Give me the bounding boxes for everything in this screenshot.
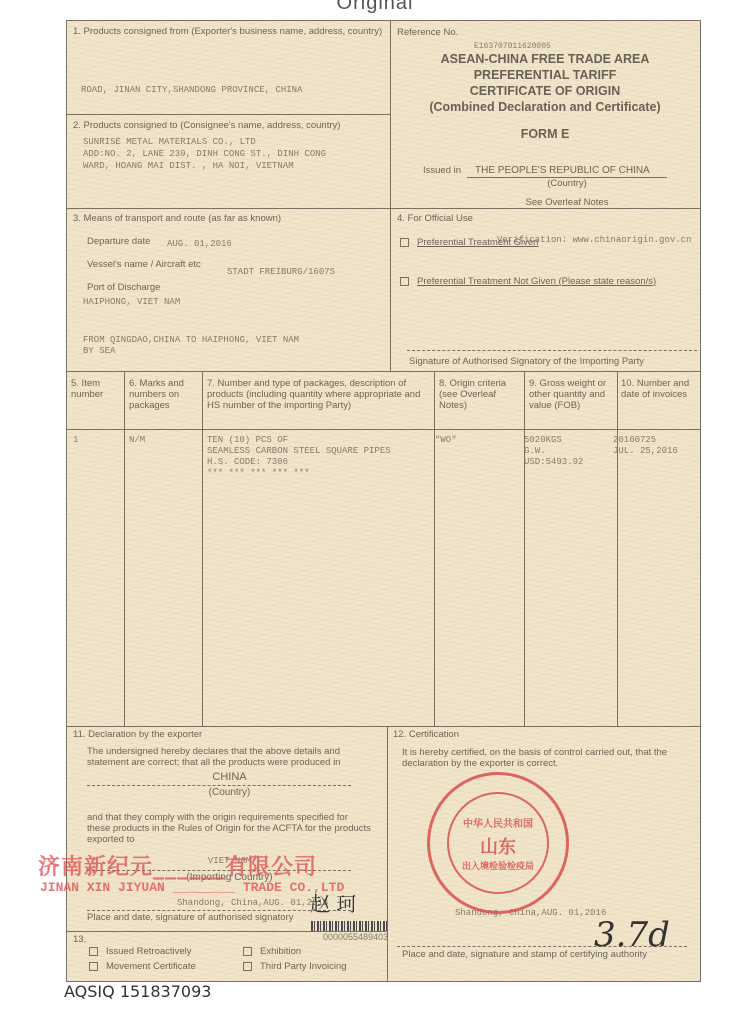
row-origin-criteria: "WO" (435, 435, 457, 446)
official-stamp: 中华人民共和国 山东 出入境检验检疫局 (427, 772, 569, 914)
consignee-line2: ADD:NO. 2, LANE 239, DINH CONG ST., DINH… (83, 149, 326, 160)
country-caption: (Country) (87, 787, 372, 798)
country-dashline (87, 785, 351, 786)
divider (67, 114, 390, 115)
checkbox-exhibition[interactable] (243, 947, 252, 956)
declaration-text1: The undersigned hereby declares that the… (87, 746, 372, 768)
row-weight-line1: 5020KGS (524, 435, 562, 446)
route-line2: BY SEA (83, 346, 115, 357)
reference-label: Reference No. (397, 27, 458, 38)
overleaf-notes: See Overleaf Notes (467, 197, 667, 208)
exporter-address: ROAD, JINAN CITY,SHANDONG PROVINCE, CHIN… (81, 85, 302, 96)
original-label: Original (0, 0, 750, 15)
departure-date: AUG. 01,2016 (167, 239, 232, 250)
row-invoice-line1: 20160725 (613, 435, 656, 446)
divider (124, 371, 125, 726)
issued-in-country: THE PEOPLE'S REPUBLIC OF CHINA (475, 165, 650, 176)
vessel-name: STADT FREIBURG/1607S (227, 267, 335, 278)
company-chop-cn: 济南新纪元______有限公司 (38, 850, 317, 881)
divider (67, 726, 700, 727)
row-marks: N/M (129, 435, 145, 446)
exhibition-label: Exhibition (260, 946, 301, 957)
divider (434, 371, 435, 726)
stamp-top-cn: 中华人民共和国 (430, 815, 566, 830)
option-exhibition[interactable]: Exhibition (243, 946, 301, 957)
movement-label: Movement Certificate (106, 961, 196, 972)
certification-text: It is hereby certified, on the basis of … (402, 747, 692, 769)
route-line1: FROM QINGDAO,CHINA TO HAIPHONG, VIET NAM (83, 335, 299, 346)
row-weight-line2: G.W. (524, 446, 546, 457)
divider (67, 371, 700, 372)
row-desc-line3: H.S. CODE: 7306 (207, 457, 288, 468)
departure-label: Departure date (87, 236, 150, 247)
box11-label: 11. Declaration by the exporter (73, 729, 202, 740)
row-weight-line3: USD:5493.92 (524, 457, 583, 468)
exporter-signatory-caption: Place and date, signature of authorised … (87, 912, 294, 923)
col-marks: 6. Marks and numbers on packages (129, 378, 199, 411)
barcode-number: 0000055489403 (323, 932, 388, 943)
option-preferential-not-given[interactable]: Preferential Treatment Not Given (Please… (400, 276, 656, 287)
header-line2: PREFERENTIAL TARIFF (390, 67, 700, 83)
consignee-line1: SUNRISE METAL MATERIALS CO., LTD (83, 137, 256, 148)
box4-label: 4. For Official Use (397, 213, 473, 224)
exporter-place-date: Shandong, China,AUG. 01,2016 (177, 898, 328, 909)
header-line3: CERTIFICATE OF ORIGIN (390, 83, 700, 99)
option-third-party-invoicing[interactable]: Third Party Invoicing (243, 961, 347, 972)
certificate-sheet: 1. Products consigned from (Exporter's b… (66, 20, 701, 982)
checkbox-given[interactable] (400, 238, 409, 247)
divider (67, 208, 700, 209)
divider (524, 371, 525, 726)
col-gross-weight: 9. Gross weight or other quantity and va… (529, 378, 615, 411)
option-issued-retroactively[interactable]: Issued Retroactively (89, 946, 192, 957)
box3-label: 3. Means of transport and route (as far … (73, 213, 281, 224)
stamp-bottom-cn: 出入境检验检疫局 (430, 859, 566, 872)
option-not-given-label: Preferential Treatment Not Given (Please… (417, 276, 656, 287)
company-chop-en: JINAN XIN JIYUAN ________ TRADE CO.,LTD (40, 880, 344, 895)
consignee-line3: WARD, HOANG MAI DIST. , HA NOI, VIETNAM (83, 161, 294, 172)
form-e-title: FORM E (390, 126, 700, 142)
certifier-signature: 3.7d (594, 915, 670, 955)
retroactive-label: Issued Retroactively (106, 946, 192, 957)
row-desc-line1: TEN (10) PCS OF (207, 435, 288, 446)
option-preferential-given[interactable]: Preferential Treatment Given (400, 237, 538, 248)
issued-country-caption: (Country) (467, 178, 667, 189)
vessel-label: Vessel's name / Aircraft etc (87, 259, 201, 270)
header-line1: ASEAN-CHINA FREE TRADE AREA (390, 51, 700, 67)
port-of-discharge: HAIPHONG, VIET NAM (83, 297, 180, 308)
signature-dashline (407, 350, 697, 351)
box12-label: 12. Certification (393, 729, 459, 740)
divider (390, 208, 391, 371)
option-given-label: Preferential Treatment Given (417, 237, 538, 248)
box2-label: 2. Products consigned to (Consignee's na… (73, 120, 383, 131)
header-line4: (Combined Declaration and Certificate) (390, 99, 700, 115)
issued-in-label: Issued in (423, 165, 461, 176)
col-origin-criteria: 8. Origin criteria (see Overleaf Notes) (439, 378, 521, 411)
box1-label: 1. Products consigned from (Exporter's b… (73, 26, 383, 37)
checkbox-retroactive[interactable] (89, 947, 98, 956)
importing-signatory-label: Signature of Authorised Signatory of the… (409, 356, 644, 367)
declaration-text2: and that they comply with the origin req… (87, 812, 372, 845)
port-label: Port of Discharge (87, 282, 160, 293)
barcode (311, 921, 387, 931)
row-desc-line2: SEAMLESS CARBON STEEL SQUARE PIPES (207, 446, 391, 457)
row-invoice-line2: JUL. 25,2016 (613, 446, 678, 457)
aqsiq-number: AQSIQ 151837093 (64, 982, 211, 1001)
stamp-center-cn: 山东 (430, 833, 566, 859)
declaration-country: CHINA (87, 772, 372, 783)
checkbox-third-party[interactable] (243, 962, 252, 971)
divider (617, 371, 618, 726)
col-invoices: 10. Number and date of invoices (621, 378, 699, 400)
row-item-number: 1 (73, 435, 78, 446)
third-party-label: Third Party Invoicing (260, 961, 347, 972)
row-desc-line4: *** *** *** *** *** (207, 468, 310, 479)
divider (67, 429, 700, 430)
checkbox-not-given[interactable] (400, 277, 409, 286)
divider (202, 371, 203, 726)
col-item-number: 5. Item number (71, 378, 121, 400)
col-description: 7. Number and type of packages, descript… (207, 378, 429, 411)
box13-label: 13. (73, 934, 86, 945)
option-movement-certificate[interactable]: Movement Certificate (89, 961, 196, 972)
checkbox-movement[interactable] (89, 962, 98, 971)
